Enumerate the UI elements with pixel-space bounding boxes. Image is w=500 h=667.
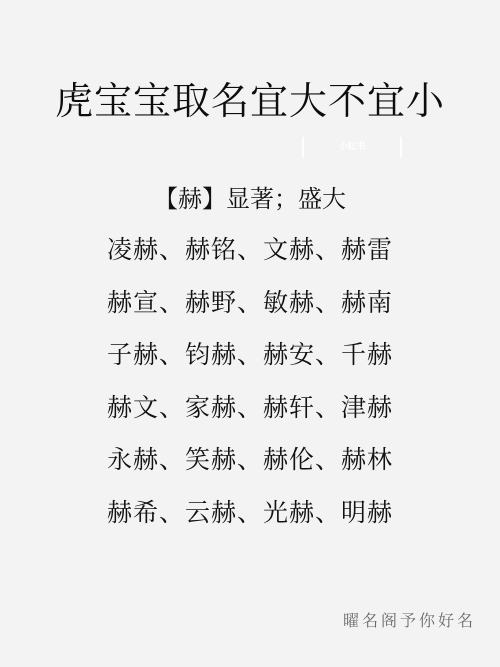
name-row: 永赫、笑赫、赫伦、赫林 <box>0 440 500 493</box>
name-row: 子赫、钧赫、赫安、千赫 <box>0 335 500 388</box>
name-row: 凌赫、赫铭、文赫、赫雷 <box>0 230 500 283</box>
platform-watermark: 小红书 <box>302 136 402 158</box>
author-signature: 曜名阁予你好名 <box>343 608 476 631</box>
name-row: 赫文、家赫、赫轩、津赫 <box>0 388 500 441</box>
name-row: 赫希、云赫、光赫、明赫 <box>0 493 500 546</box>
name-list: 凌赫、赫铭、文赫、赫雷 赫宣、赫野、敏赫、赫南 子赫、钧赫、赫安、千赫 赫文、家… <box>0 230 500 545</box>
character-meaning: 【赫】显著；盛大 <box>0 182 500 216</box>
page-title: 虎宝宝取名宜大不宜小 <box>0 78 500 124</box>
name-row: 赫宣、赫野、敏赫、赫南 <box>0 283 500 336</box>
